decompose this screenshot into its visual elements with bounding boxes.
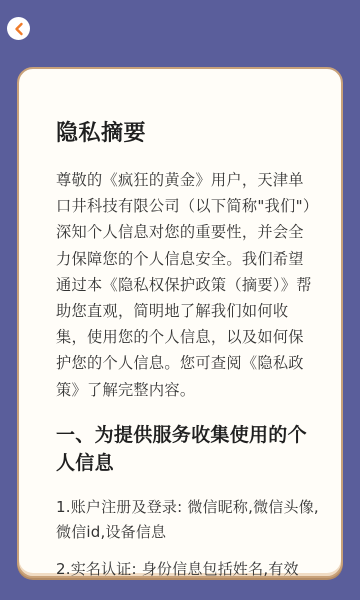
- section-title: 一、为提供服务收集使用的个人信息: [56, 421, 319, 477]
- intro-paragraph: 尊敬的《疯狂的黄金》用户，天津单口井科技有限公司（以下简称"我们"）深知个人信息…: [56, 167, 319, 403]
- privacy-summary-screen: 隐私摘要 尊敬的《疯狂的黄金》用户，天津单口井科技有限公司（以下简称"我们"）深…: [0, 0, 360, 600]
- privacy-card: 隐私摘要 尊敬的《疯狂的黄金》用户，天津单口井科技有限公司（以下简称"我们"）深…: [17, 67, 343, 578]
- page-title: 隐私摘要: [56, 119, 319, 149]
- section-item: 2.实名认证: 身份信息包括姓名,有效: [56, 557, 319, 578]
- chevron-left-icon: [13, 22, 25, 36]
- privacy-content[interactable]: 隐私摘要 尊敬的《疯狂的黄金》用户，天津单口井科技有限公司（以下简称"我们"）深…: [56, 119, 319, 578]
- back-button[interactable]: [7, 17, 30, 40]
- section-item: 1.账户注册及登录: 微信昵称,微信头像,微信id,设备信息: [56, 495, 319, 545]
